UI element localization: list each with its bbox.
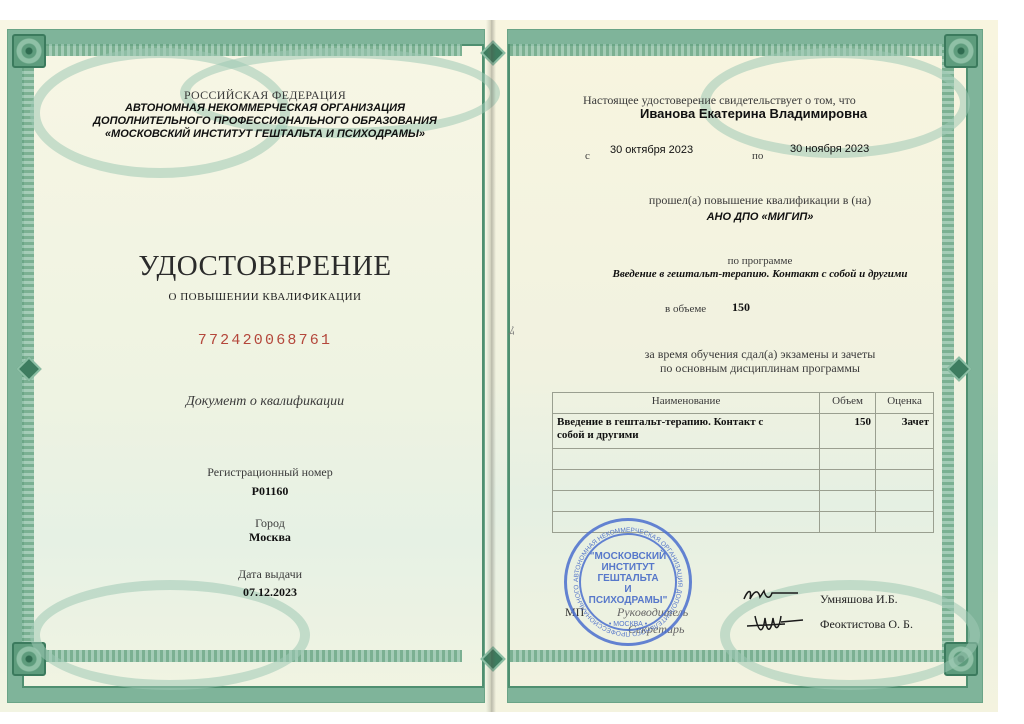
program-name: Введение в гештальт-терапию. Контакт с с… <box>530 268 990 280</box>
header-volume: Объем <box>820 393 876 414</box>
disciplines-table: Наименование Объем Оценка Введение в геш… <box>552 392 934 533</box>
institution-name: АНО ДПО «МИГИП» <box>540 211 980 223</box>
issue-date-label: Дата выдачи <box>0 567 540 582</box>
organization-line-2: ДОПОЛНИТЕЛЬНОГО ПРОФЕССИОНАЛЬНОГО ОБРАЗО… <box>0 115 530 127</box>
volume-label: в объеме <box>665 303 706 315</box>
country-heading: РОССИЙСКАЯ ФЕДЕРАЦИЯ <box>0 88 530 103</box>
head-signature-icon <box>740 585 800 607</box>
organization-line-3: «МОСКОВСКИЙ ИНСТИТУТ ГЕШТАЛЬТА И ПСИХОДР… <box>0 128 530 140</box>
city-value: Москва <box>0 530 540 545</box>
from-label: с <box>585 150 590 162</box>
header-name: Наименование <box>553 393 820 414</box>
table-row-empty <box>553 491 934 512</box>
organization-line-1: АВТОНОМНАЯ НЕКОММЕРЧЕСКАЯ ОРГАНИЗАЦИЯ <box>0 102 530 114</box>
corner-ornament-icon <box>944 34 978 68</box>
discipline-grade: Зачет <box>876 414 934 449</box>
holder-full-name: Иванова Екатерина Владимировна <box>640 106 867 121</box>
issue-date: 07.12.2023 <box>0 585 540 600</box>
certificate-title: УДОСТОВЕРЕНИЕ <box>0 250 530 283</box>
exams-line-2: по основным дисциплинам программы <box>540 361 980 376</box>
stamp-city: • МОСКВА • <box>567 621 689 628</box>
registration-label: Регистрационный номер <box>0 465 540 480</box>
city-label: Город <box>0 516 540 531</box>
discipline-volume: 150 <box>820 414 876 449</box>
certificate-subtitle: О ПОВЫШЕНИИ КВАЛИФИКАЦИИ <box>0 291 530 303</box>
volume-value: 150 <box>732 300 750 315</box>
passed-text: прошел(а) повышение квалификации в (на) <box>540 193 980 208</box>
secretary-name: Феоктистова О. Б. <box>820 617 913 632</box>
table-header-row: Наименование Объем Оценка <box>553 393 934 414</box>
corner-ornament-icon <box>12 34 46 68</box>
document-type: Документ о квалификации <box>0 394 530 410</box>
to-label: по <box>752 150 763 162</box>
stamp-center-text: "МОСКОВСКИЙ ИНСТИТУТ ГЕШТАЛЬТА И ПСИХОДР… <box>567 551 689 606</box>
discipline-name: Введение в гештальт-терапию. Контакт ссо… <box>553 414 820 449</box>
exams-line-1: за время обучения сдал(а) экзамены и зач… <box>540 347 980 362</box>
secretary-signature-icon <box>745 610 805 638</box>
from-date: 30 октября 2023 <box>610 144 693 156</box>
table-row-empty <box>553 449 934 470</box>
serial-number: 772420068761 <box>0 332 530 349</box>
header-grade: Оценка <box>876 393 934 414</box>
table-row-empty <box>553 470 934 491</box>
to-date: 30 ноября 2023 <box>790 143 869 155</box>
official-stamp: АВТОНОМНАЯ НЕКОММЕРЧЕСКАЯ ОРГАНИЗАЦИЯ ДО… <box>564 518 692 646</box>
head-name: Умняшова И.Б. <box>820 592 898 607</box>
stray-mark: ﾑ <box>508 322 514 339</box>
registration-number: Р01160 <box>0 484 540 499</box>
program-label: по программе <box>540 255 980 267</box>
table-row: Введение в гештальт-терапию. Контакт ссо… <box>553 414 934 449</box>
